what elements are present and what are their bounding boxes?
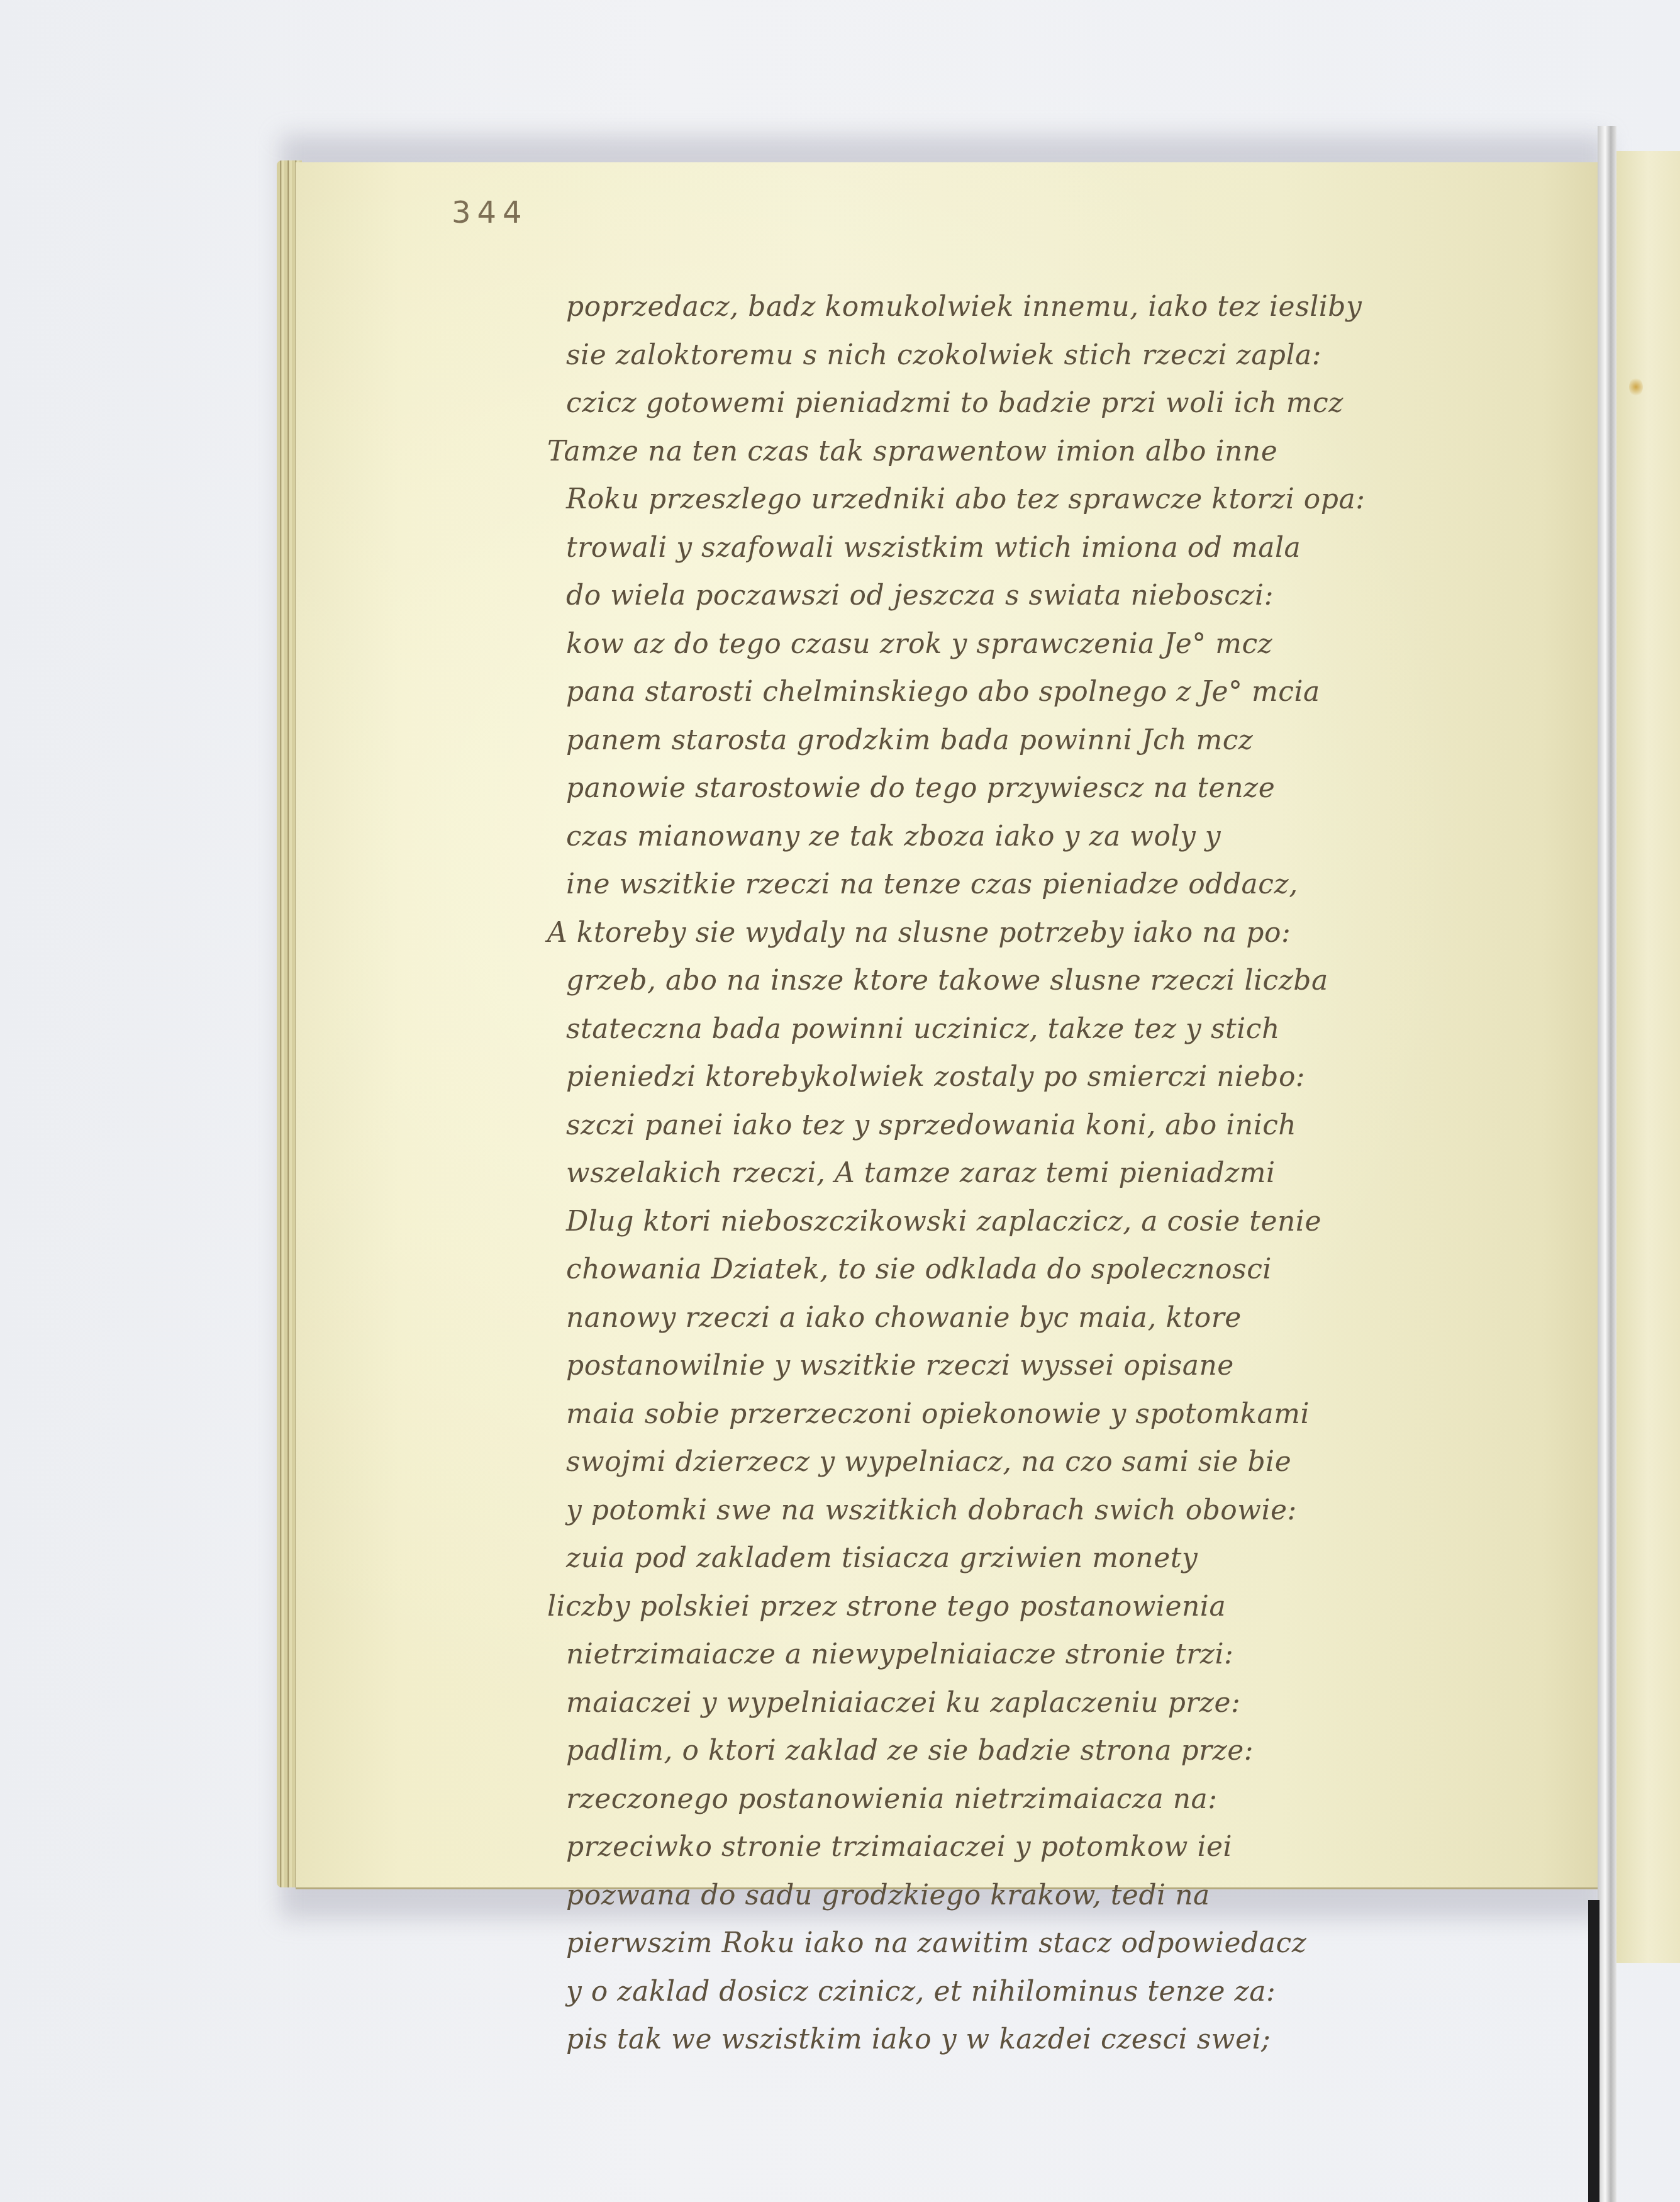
text-line: stateczna bada powinni uczinicz, takze t… bbox=[566, 1005, 1547, 1054]
text-line: czas mianowany ze tak zboza iako y za wo… bbox=[566, 813, 1547, 861]
text-line: nietrzimaiacze a niewypelniaiacze stroni… bbox=[566, 1631, 1547, 1679]
text-line: Tamze na ten czas tak sprawentow imion a… bbox=[547, 428, 1547, 476]
text-line: y potomki swe na wszitkich dobrach swich… bbox=[566, 1487, 1547, 1535]
book-gutter bbox=[1598, 126, 1616, 2202]
page-number: 344 bbox=[452, 195, 528, 230]
text-line: pierwszim Roku iako na zawitim stacz odp… bbox=[566, 1920, 1547, 1968]
text-line: panowie starostowie do tego przywiescz n… bbox=[566, 764, 1547, 813]
text-line: A ktoreby sie wydaly na slusne potrzeby … bbox=[547, 909, 1547, 958]
text-line: padlim, o ktori zaklad ze sie badzie str… bbox=[566, 1727, 1547, 1775]
text-line: liczby polskiei przez strone tego postan… bbox=[547, 1583, 1547, 1631]
text-line: rzeczonego postanowienia nietrzimaiacza … bbox=[566, 1775, 1547, 1824]
text-line: przeciwko stronie trzimaiaczei y potomko… bbox=[566, 1823, 1547, 1872]
text-line: maiaczei y wypelniaiaczei ku zaplaczeniu… bbox=[566, 1679, 1547, 1728]
text-line: chowania Dziatek, to sie odklada do spol… bbox=[566, 1246, 1547, 1294]
text-line: Roku przeszlego urzedniki abo tez sprawc… bbox=[566, 476, 1547, 524]
text-line: ine wszitkie rzeczi na tenze czas pienia… bbox=[566, 861, 1547, 909]
text-line: pis tak we wszistkim iako y w kazdei cze… bbox=[566, 2016, 1547, 2064]
text-line: zuia pod zakladem tisiacza grziwien mone… bbox=[566, 1534, 1547, 1583]
text-line: panem starosta grodzkim bada powinni Jch… bbox=[566, 717, 1547, 765]
text-line: poprzedacz, badz komukolwiek innemu, iak… bbox=[566, 283, 1547, 332]
gutter-shadow bbox=[1588, 1900, 1599, 2202]
text-line: pana starosti chelminskiego abo spolnego… bbox=[566, 668, 1547, 717]
text-line: pozwana do sadu grodzkiego krakow, tedi … bbox=[566, 1872, 1547, 1920]
text-line: nanowy rzeczi a iako chowanie byc maia, … bbox=[566, 1294, 1547, 1343]
text-line: kow az do tego czasu zrok y sprawczenia … bbox=[566, 620, 1547, 669]
text-line: postanowilnie y wszitkie rzeczi wyssei o… bbox=[566, 1342, 1547, 1390]
manuscript-text: poprzedacz, badz komukolwiek innemu, iak… bbox=[566, 283, 1547, 2064]
text-line: swojmi dzierzecz y wypelniacz, na czo sa… bbox=[566, 1438, 1547, 1487]
ink-stain bbox=[1629, 377, 1643, 396]
text-line: grzeb, abo na insze ktore takowe slusne … bbox=[566, 957, 1547, 1005]
text-line: trowali y szafowali wszistkim wtich imio… bbox=[566, 524, 1547, 573]
text-line: czicz gotowemi pieniadzmi to badzie przi… bbox=[566, 379, 1547, 428]
text-line: sie zaloktoremu s nich czokolwiek stich … bbox=[566, 332, 1547, 380]
text-line: Dlug ktori nieboszczikowski zaplaczicz, … bbox=[566, 1198, 1547, 1246]
facing-page-edge bbox=[1616, 151, 1680, 1963]
text-line: szczi panei iako tez y sprzedowania koni… bbox=[566, 1102, 1547, 1150]
text-line: wszelakich rzeczi, A tamze zaraz temi pi… bbox=[566, 1149, 1547, 1198]
text-line: y o zaklad dosicz czinicz, et nihilominu… bbox=[566, 1968, 1547, 2016]
text-line: maia sobie przerzeczoni opiekonowie y sp… bbox=[566, 1390, 1547, 1439]
text-line: pieniedzi ktorebykolwiek zostaly po smie… bbox=[566, 1053, 1547, 1102]
text-line: do wiela poczawszi od jeszcza s swiata n… bbox=[566, 572, 1547, 620]
